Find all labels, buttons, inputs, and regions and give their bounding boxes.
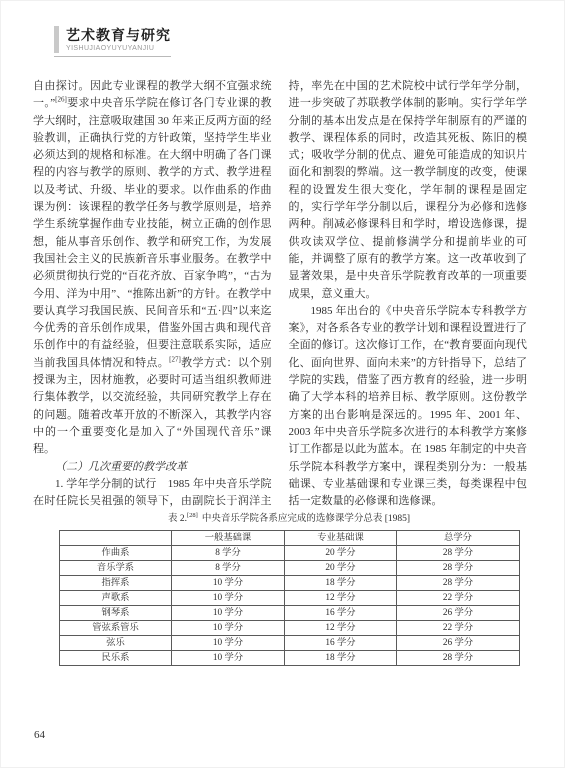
credit-cell: 12 学分	[285, 621, 397, 636]
credit-cell: 28 学分	[397, 651, 520, 666]
dept-cell: 弦乐	[60, 636, 172, 651]
credit-cell: 16 学分	[285, 606, 397, 621]
table-row: 指挥系10 学分18 学分28 学分	[60, 576, 520, 591]
paragraph-text: 1985 年出台的《中央音乐学院本专科教学方案》，对各系各专业的教学计划和课程设…	[289, 305, 528, 507]
journal-title-block: 艺术教育与研究 YISHUJIAOYUYUYANJIU	[66, 26, 171, 53]
citation-ref: [28]	[187, 512, 198, 519]
dept-cell: 声歌系	[60, 591, 172, 606]
table-row: 弦乐10 学分16 学分26 学分	[60, 636, 520, 651]
journal-logo-bar	[54, 26, 59, 53]
credits-table: 一般基础课 专业基础课 总学分 作曲系8 学分20 学分28 学分音乐学系8 学…	[59, 530, 520, 666]
column-header-general: 一般基础课	[172, 531, 285, 546]
credit-cell: 26 学分	[397, 636, 520, 651]
credit-cell: 28 学分	[397, 546, 520, 561]
credit-cell: 10 学分	[172, 606, 285, 621]
table-body: 作曲系8 学分20 学分28 学分音乐学系8 学分20 学分28 学分指挥系10…	[60, 546, 520, 666]
credit-cell: 10 学分	[172, 636, 285, 651]
credit-cell: 16 学分	[285, 636, 397, 651]
credit-cell: 28 学分	[397, 561, 520, 576]
table-row: 声歌系10 学分12 学分22 学分	[60, 591, 520, 606]
credit-cell: 10 学分	[172, 621, 285, 636]
table-row: 音乐学系8 学分20 学分28 学分	[60, 561, 520, 576]
column-header-total: 总学分	[397, 531, 520, 546]
credit-cell: 22 学分	[397, 621, 520, 636]
credit-cell: 20 学分	[285, 546, 397, 561]
column-header-dept	[60, 531, 172, 546]
table-caption-prefix: 表 2.	[168, 514, 187, 524]
dept-cell: 音乐学系	[60, 561, 172, 576]
credit-cell: 10 学分	[172, 651, 285, 666]
credit-cell: 20 学分	[285, 561, 397, 576]
table-row: 钢琴系10 学分16 学分26 学分	[60, 606, 520, 621]
credit-cell: 28 学分	[397, 576, 520, 591]
paragraph: 自由探讨。因此专业课程的教学大纲不宜强求统一。”[26]要求中央音乐学院在修订各…	[33, 78, 272, 459]
credit-cell: 10 学分	[172, 576, 285, 591]
credit-cell: 18 学分	[285, 576, 397, 591]
table-header-row: 一般基础课 专业基础课 总学分	[60, 531, 520, 546]
credit-cell: 8 学分	[172, 561, 285, 576]
paragraph-text: 教学方式：以个别授课为主，因材施教，必要时可适当组织教师进行集体教学，以交流经验…	[33, 357, 272, 455]
paragraph-text: 要求中央音乐学院在修订各门专业课的教学大纲时，注意吸取建国 30 年来正反两方面…	[33, 97, 272, 368]
page-number: 64	[34, 729, 45, 741]
table-row: 管弦系管乐10 学分12 学分22 学分	[60, 621, 520, 636]
citation-ref: [27]	[169, 355, 181, 363]
scanned-paper-page: 艺术教育与研究 YISHUJIAOYUYUYANJIU 自由探讨。因此专业课程的…	[0, 0, 565, 768]
journal-pinyin: YISHUJIAOYUYUYANJIU	[66, 44, 171, 53]
journal-title: 艺术教育与研究	[66, 26, 171, 44]
journal-header: 艺术教育与研究 YISHUJIAOYUYUYANJIU	[54, 26, 171, 57]
table-row: 作曲系8 学分20 学分28 学分	[60, 546, 520, 561]
credit-cell: 10 学分	[172, 591, 285, 606]
dept-cell: 民乐系	[60, 651, 172, 666]
body-columns: 自由探讨。因此专业课程的教学大纲不宜强求统一。”[26]要求中央音乐学院在修订各…	[33, 78, 527, 511]
paragraph-text: （二）几次重要的教学改革	[55, 461, 187, 473]
table-row: 民乐系10 学分18 学分28 学分	[60, 651, 520, 666]
table-caption: 表 2.[28]中央音乐学院各系应完成的选修课学分总表 [1985]	[59, 510, 519, 524]
credit-cell: 8 学分	[172, 546, 285, 561]
table-caption-title: 中央音乐学院各系应完成的选修课学分总表 [1985]	[202, 514, 410, 524]
credit-cell: 26 学分	[397, 606, 520, 621]
section-heading: （二）几次重要的教学改革	[33, 459, 272, 476]
credit-cell: 18 学分	[285, 651, 397, 666]
credit-cell: 12 学分	[285, 591, 397, 606]
dept-cell: 作曲系	[60, 546, 172, 561]
dept-cell: 指挥系	[60, 576, 172, 591]
paragraph: 1985 年出台的《中央音乐学院本专科教学方案》，对各系各专业的教学计划和课程设…	[289, 303, 528, 511]
dept-cell: 钢琴系	[60, 606, 172, 621]
dept-cell: 管弦系管乐	[60, 621, 172, 636]
column-header-professional: 专业基础课	[285, 531, 397, 546]
citation-ref: [26]	[55, 96, 67, 104]
credit-cell: 22 学分	[397, 591, 520, 606]
